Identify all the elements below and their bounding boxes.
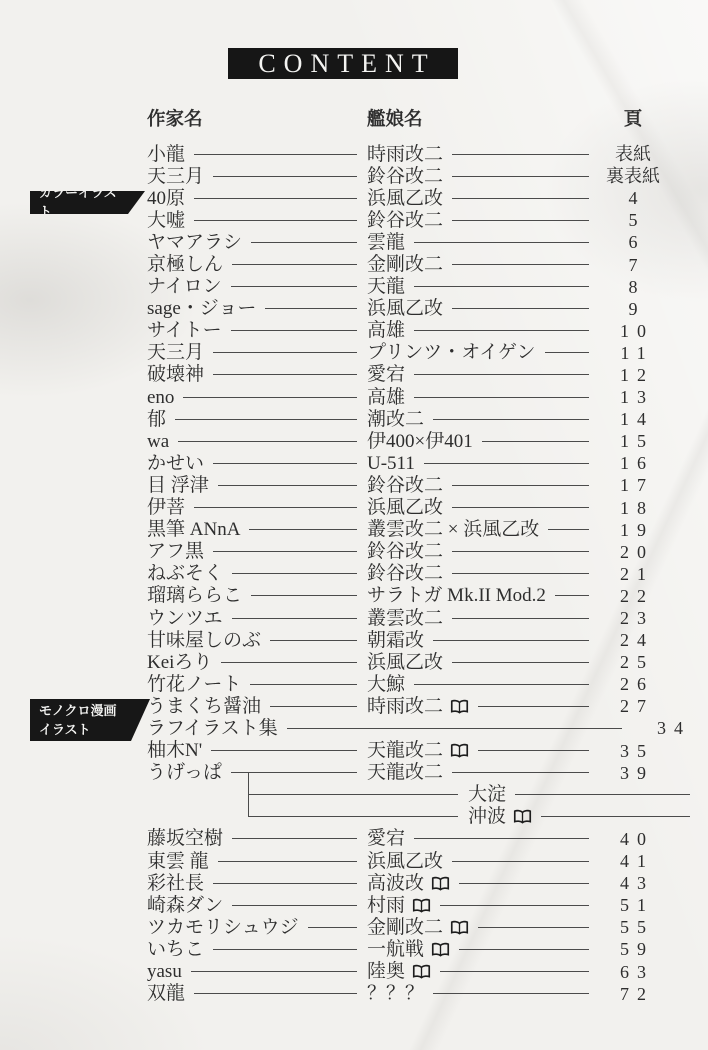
ship-cell: 鈴谷改二	[367, 564, 595, 583]
table-row: サイトー 高雄 10	[0, 320, 708, 342]
ship-name: 雲龍	[367, 233, 405, 252]
artist-name: 崎森ダン	[147, 896, 223, 915]
ship-name: 浜風乙改	[367, 852, 443, 871]
leader-line	[249, 529, 357, 530]
artist-cell: 彩社長	[147, 874, 367, 893]
leader-line	[440, 905, 589, 906]
artist-name: サイトー	[147, 321, 222, 340]
ship-cell: ？？？	[367, 984, 595, 1003]
artist-cell: ねぶそく	[147, 564, 367, 583]
ship-name: 叢雲改二 × 浜風乙改	[367, 520, 539, 539]
page-number: 24	[595, 631, 671, 649]
artist-name: 破壊神	[147, 365, 204, 384]
ship-name: 鈴谷改二	[367, 564, 443, 583]
ship-name: 浜風乙改	[367, 299, 443, 318]
leader-line	[194, 154, 357, 155]
leader-line	[231, 286, 357, 287]
table-row: 沖波 47	[0, 806, 708, 828]
page-number: 63	[595, 963, 671, 981]
artist-name: sage・ジョー	[147, 299, 256, 318]
table-row: 双龍 ？？？ 72	[0, 983, 708, 1005]
artist-name: 藤坂空樹	[147, 829, 223, 848]
artist-name: 黒筆 ANnA	[147, 520, 240, 539]
open-book-icon	[450, 920, 469, 935]
ship-cell: 金剛改二	[367, 918, 595, 937]
leader-line	[452, 198, 589, 199]
leader-line	[452, 618, 589, 619]
ship-cell: 金剛改二	[367, 255, 595, 274]
leader-line	[191, 971, 357, 972]
ship-cell: プリンツ・オイゲン	[367, 343, 595, 362]
ship-cell: 叢雲改二 × 浜風乙改	[367, 520, 595, 539]
table-row: 天三月 プリンツ・オイゲン 11	[0, 342, 708, 364]
artist-cell: 崎森ダン	[147, 896, 367, 915]
leader-line	[178, 441, 357, 442]
table-row: 藤坂空樹 愛宕 40	[0, 828, 708, 850]
artist-cell: sage・ジョー	[147, 299, 367, 318]
table-row: yasu 陸奥 63	[0, 960, 708, 982]
artist-name: 小龍	[147, 145, 185, 164]
artist-cell: いちこ	[147, 940, 367, 959]
ship-cell: 鈴谷改二	[367, 476, 595, 495]
leader-line	[414, 286, 589, 287]
artist-cell: eno	[147, 388, 367, 407]
artist-cell: yasu	[147, 962, 367, 981]
leader-line	[231, 330, 357, 331]
artist-name: 柚木N'	[147, 741, 202, 760]
leader-line	[194, 220, 357, 221]
ship-name: 金剛改二	[367, 918, 443, 937]
ship-name: 金剛改二	[367, 255, 443, 274]
leader-line	[194, 198, 357, 199]
table-row: いちこ 一航戦 59	[0, 938, 708, 960]
leader-line	[232, 838, 357, 839]
leader-line	[194, 507, 357, 508]
ship-name: 朝霜改	[367, 631, 424, 650]
leader-line	[478, 750, 589, 751]
ship-cell: 朝霜改	[367, 631, 595, 650]
open-book-icon	[450, 743, 469, 758]
ship-cell: 叢雲改二	[367, 609, 595, 628]
leader-line	[452, 861, 589, 862]
table-row: 大淀 42	[0, 784, 708, 806]
open-book-icon	[412, 964, 431, 979]
page-number: 10	[595, 322, 671, 340]
ship-cell: 浜風乙改	[367, 653, 595, 672]
artist-cell: 竹花ノート	[147, 675, 367, 694]
ship-name: 高雄	[367, 388, 405, 407]
artist-name: 東雲 龍	[147, 852, 209, 871]
artist-name: ヤマアラシ	[147, 233, 242, 252]
leader-line	[251, 595, 357, 596]
header-ship: 艦娘名	[367, 105, 595, 131]
page-number: 8	[595, 278, 671, 296]
table-row: 40原 浜風乙改 4	[0, 187, 708, 209]
page-number: 19	[595, 521, 671, 539]
artist-cell: 破壊神	[147, 365, 367, 384]
ship-cell: サラトガ Mk.II Mod.2	[367, 586, 595, 605]
ship-cell: 時雨改二	[367, 697, 595, 716]
page-number: 16	[595, 454, 671, 472]
leader-line	[213, 176, 357, 177]
page-number: 裏表紙	[595, 167, 671, 185]
leader-line	[213, 374, 357, 375]
ship-name: 愛宕	[367, 829, 405, 848]
leader-line	[232, 905, 357, 906]
leader-line	[175, 419, 357, 420]
page-number: 11	[595, 344, 671, 362]
artist-cell: 目 浮津	[147, 476, 367, 495]
ship-name: 浜風乙改	[367, 498, 443, 517]
artist-name: 竹花ノート	[147, 675, 241, 694]
page-number: 40	[595, 830, 671, 848]
page-number: 42	[696, 786, 708, 804]
artist-cell: 藤坂空樹	[147, 829, 367, 848]
table-row: ウンツエ 叢雲改二 23	[0, 607, 708, 629]
leader-line	[265, 308, 357, 309]
artist-cell: サイトー	[147, 321, 367, 340]
page-number: 39	[595, 764, 671, 782]
branch-vertical-line	[248, 773, 249, 795]
leader-line	[414, 684, 589, 685]
ship-cell: 天龍	[367, 277, 595, 296]
open-book-icon	[450, 699, 469, 714]
content-page: CONTENT 作家名 艦娘名 頁 カラーイラスト モノクロ漫画 イラスト 小龍…	[0, 0, 708, 1050]
artist-name: 郁	[147, 410, 166, 429]
ship-name: 天龍改二	[367, 741, 443, 760]
artist-name: いちこ	[147, 940, 204, 959]
ship-name: 伊400×伊401	[367, 432, 473, 451]
artist-cell: 甘味屋しのぶ	[147, 631, 367, 650]
artist-cell: うまくち醤油	[147, 697, 367, 716]
leader-line	[218, 861, 357, 862]
ship-name: 浜風乙改	[367, 653, 443, 672]
artist-cell: 瑠璃ららこ	[147, 586, 367, 605]
leader-line	[213, 551, 357, 552]
ship-cell: 沖波	[468, 807, 696, 826]
table-row: 伊菩 浜風乙改 18	[0, 497, 708, 519]
table-row: sage・ジョー 浜風乙改 9	[0, 298, 708, 320]
ship-name: 村雨	[367, 896, 405, 915]
leader-line	[452, 662, 589, 663]
artist-cell: ツカモリシュウジ	[147, 918, 367, 937]
page-number: 15	[595, 432, 671, 450]
ship-cell: 大淀	[468, 785, 696, 804]
leader-line	[433, 419, 589, 420]
table-row: アフ黒 鈴谷改二 20	[0, 541, 708, 563]
page-number: 25	[595, 653, 671, 671]
page-number: 12	[595, 366, 671, 384]
artist-cell	[147, 794, 468, 795]
ship-cell: 陸奥	[367, 962, 595, 981]
page-number: 17	[595, 476, 671, 494]
ship-name: 天龍改二	[367, 763, 443, 782]
leader-line	[414, 374, 589, 375]
table-row: Keiろり 浜風乙改 25	[0, 651, 708, 673]
artist-cell: ナイロン	[147, 277, 367, 296]
table-row: 大嘘 鈴谷改二 5	[0, 209, 708, 231]
leader-line	[515, 794, 690, 795]
leader-line	[183, 397, 357, 398]
artist-name: ねぶそく	[147, 564, 223, 583]
page-number: 59	[595, 940, 671, 958]
artist-cell: ラフイラスト集	[147, 719, 632, 738]
artist-cell: アフ黒	[147, 542, 367, 561]
leader-line	[250, 684, 357, 685]
artist-cell: 柚木N'	[147, 741, 367, 760]
page-number: 51	[595, 896, 671, 914]
artist-name: 双龍	[147, 984, 185, 1003]
leader-line	[482, 441, 589, 442]
table-row: 崎森ダン 村雨 51	[0, 894, 708, 916]
table-row: 東雲 龍 浜風乙改 41	[0, 850, 708, 872]
artist-name: ウンツエ	[147, 609, 223, 628]
ship-cell: 浜風乙改	[367, 189, 595, 208]
table-row: うげっぱ 天龍改二 39	[0, 762, 708, 784]
ship-name: 叢雲改二	[367, 609, 443, 628]
table-row: 目 浮津 鈴谷改二 17	[0, 474, 708, 496]
leader-line	[452, 551, 589, 552]
table-row: 天三月 鈴谷改二 裏表紙	[0, 165, 708, 187]
artist-cell: 天三月	[147, 343, 367, 362]
ship-cell: 浜風乙改	[367, 498, 595, 517]
artist-name: Keiろり	[147, 653, 212, 672]
ship-cell: 村雨	[367, 896, 595, 915]
artist-cell: ヤマアラシ	[147, 233, 367, 252]
open-book-icon	[431, 876, 450, 891]
leader-line	[424, 463, 589, 464]
ship-cell: 天龍改二	[367, 763, 595, 782]
page-number: 7	[595, 256, 671, 274]
page-title: CONTENT	[228, 48, 458, 79]
artist-name: 京極しん	[147, 255, 223, 274]
table-row: ねぶそく 鈴谷改二 21	[0, 563, 708, 585]
leader-line	[452, 220, 589, 221]
page-number: 26	[595, 675, 671, 693]
artist-name: 40原	[147, 189, 185, 208]
leader-line	[213, 883, 357, 884]
artist-name: wa	[147, 432, 169, 451]
ship-cell: 愛宕	[367, 365, 595, 384]
open-book-icon	[513, 809, 532, 824]
page-number: 27	[595, 697, 671, 715]
page-number: 55	[595, 918, 671, 936]
ship-cell: 一航戦	[367, 940, 595, 959]
ship-cell: 天龍改二	[367, 741, 595, 760]
ship-name: 時雨改二	[367, 697, 443, 716]
table-row: 京極しん 金剛改二 7	[0, 253, 708, 275]
page-number: 41	[595, 852, 671, 870]
artist-name: 天三月	[147, 343, 204, 362]
table-row: かせい U-511 16	[0, 452, 708, 474]
ship-cell: 大鯨	[367, 675, 595, 694]
artist-name: 伊菩	[147, 498, 185, 517]
leader-line	[452, 485, 589, 486]
leader-line	[452, 573, 589, 574]
leader-line	[194, 993, 357, 994]
ship-cell: 鈴谷改二	[367, 167, 595, 186]
leader-line	[433, 993, 589, 994]
leader-line	[248, 794, 458, 795]
page-number: 43	[595, 874, 671, 892]
leader-line	[459, 949, 589, 950]
ship-cell: 鈴谷改二	[367, 211, 595, 230]
artist-cell: うげっぱ	[147, 763, 367, 782]
leader-line	[452, 772, 589, 773]
leader-line	[414, 242, 589, 243]
artist-cell: wa	[147, 432, 367, 451]
artist-name: 目 浮津	[147, 476, 209, 495]
leader-line	[548, 529, 589, 530]
table-row: 瑠璃ららこ サラトガ Mk.II Mod.2 22	[0, 585, 708, 607]
page-title-text: CONTENT	[250, 49, 435, 79]
artist-name: yasu	[147, 962, 182, 981]
artist-cell: 黒筆 ANnA	[147, 520, 367, 539]
artist-name: ラフイラスト集	[147, 719, 278, 738]
leader-line	[213, 463, 357, 464]
leader-line	[545, 352, 589, 353]
page-number: 6	[595, 233, 671, 251]
artist-cell: Keiろり	[147, 653, 367, 672]
leader-line	[478, 927, 589, 928]
ship-name: 高雄	[367, 321, 405, 340]
ship-name: 時雨改二	[367, 145, 443, 164]
artist-name: 瑠璃ららこ	[147, 586, 242, 605]
artist-cell: 郁	[147, 410, 367, 429]
content-list: 小龍 時雨改二 表紙 天三月 鈴谷改二 裏表紙 40原 浜風乙改	[0, 143, 708, 1005]
leader-line	[452, 264, 589, 265]
table-row: ツカモリシュウジ 金剛改二 55	[0, 916, 708, 938]
page-number: 9	[595, 300, 671, 318]
ship-name: 天龍	[367, 277, 405, 296]
artist-name: かせい	[147, 454, 204, 473]
artist-name: 大嘘	[147, 211, 185, 230]
artist-cell: 小龍	[147, 145, 367, 164]
table-header: 作家名 艦娘名 頁	[0, 107, 708, 129]
page-number: 20	[595, 543, 671, 561]
leader-line	[414, 330, 589, 331]
ship-name: 大鯨	[367, 675, 405, 694]
leader-line	[213, 352, 357, 353]
table-row: 破壊神 愛宕 12	[0, 364, 708, 386]
table-row: 甘味屋しのぶ 朝霜改 24	[0, 629, 708, 651]
artist-cell: ウンツエ	[147, 609, 367, 628]
ship-name: 鈴谷改二	[367, 167, 443, 186]
artist-cell: 双龍	[147, 984, 367, 1003]
leader-line	[232, 618, 357, 619]
table-row: うまくち醤油 時雨改二 27	[0, 695, 708, 717]
table-row: ヤマアラシ 雲龍 6	[0, 231, 708, 253]
artist-cell: 京極しん	[147, 255, 367, 274]
ship-cell: 浜風乙改	[367, 852, 595, 871]
artist-cell	[147, 816, 468, 817]
ship-name: 鈴谷改二	[367, 542, 443, 561]
table-row: 彩社長 高波改 43	[0, 872, 708, 894]
table-row: 柚木N' 天龍改二 35	[0, 740, 708, 762]
ship-cell: 愛宕	[367, 829, 595, 848]
page-number: 18	[595, 499, 671, 517]
table-row: ナイロン 天龍 8	[0, 276, 708, 298]
ship-name: 沖波	[468, 807, 506, 826]
page-number: 4	[595, 189, 671, 207]
ship-name: 一航戦	[367, 940, 424, 959]
leader-line	[251, 242, 357, 243]
header-artist: 作家名	[147, 105, 367, 131]
ship-name: 鈴谷改二	[367, 476, 443, 495]
artist-name: うげっぱ	[147, 763, 222, 782]
ship-cell: 潮改二	[367, 410, 595, 429]
page-number: 21	[595, 565, 671, 583]
ship-name: 潮改二	[367, 410, 424, 429]
leader-line	[541, 816, 690, 817]
leader-line	[452, 154, 589, 155]
page-number: 72	[595, 985, 671, 1003]
leader-line	[478, 706, 589, 707]
ship-name: 鈴谷改二	[367, 211, 443, 230]
artist-name: ツカモリシュウジ	[147, 918, 299, 937]
leader-line	[231, 772, 357, 773]
ship-name: ？？？	[367, 984, 424, 1003]
ship-name: 愛宕	[367, 365, 405, 384]
leader-line	[211, 750, 357, 751]
artist-name: うまくち醤油	[147, 697, 261, 716]
page-number: 14	[595, 410, 671, 428]
artist-name: アフ黒	[147, 542, 204, 561]
table-row: 黒筆 ANnA 叢雲改二 × 浜風乙改 19	[0, 519, 708, 541]
ship-name: 高波改	[367, 874, 424, 893]
artist-cell: 東雲 龍	[147, 852, 367, 871]
table-row: 郁 潮改二 14	[0, 408, 708, 430]
ship-cell: 浜風乙改	[367, 299, 595, 318]
leader-line	[232, 573, 357, 574]
artist-name: 彩社長	[147, 874, 204, 893]
artist-name: ナイロン	[147, 277, 222, 296]
ship-cell: 伊400×伊401	[367, 432, 595, 451]
artist-cell: 伊菩	[147, 498, 367, 517]
leader-line	[287, 728, 622, 729]
leader-line	[218, 485, 357, 486]
table-row: 竹花ノート 大鯨 26	[0, 673, 708, 695]
ship-name: 陸奥	[367, 962, 405, 981]
leader-line	[270, 706, 357, 707]
leader-line	[308, 927, 357, 928]
page-number: 13	[595, 388, 671, 406]
header-page: 頁	[595, 105, 671, 131]
table-row: eno 高雄 13	[0, 386, 708, 408]
leader-line	[459, 883, 589, 884]
leader-line	[452, 176, 589, 177]
ship-cell: 時雨改二	[367, 145, 595, 164]
artist-cell: 大嘘	[147, 211, 367, 230]
leader-line	[440, 971, 589, 972]
table-row: wa 伊400×伊401 15	[0, 430, 708, 452]
ship-name: 大淀	[468, 785, 506, 804]
leader-line	[555, 595, 589, 596]
leader-line	[433, 640, 589, 641]
page-number: 35	[595, 742, 671, 760]
page-number: 47	[696, 808, 708, 826]
leader-line	[248, 816, 458, 817]
ship-cell: 高雄	[367, 388, 595, 407]
leader-line	[232, 264, 357, 265]
artist-cell: 天三月	[147, 167, 367, 186]
page-number: 23	[595, 609, 671, 627]
artist-name: 天三月	[147, 167, 204, 186]
leader-line	[221, 662, 357, 663]
page-number: 表紙	[595, 145, 671, 163]
branch-vertical-line	[248, 795, 249, 817]
ship-cell: 雲龍	[367, 233, 595, 252]
